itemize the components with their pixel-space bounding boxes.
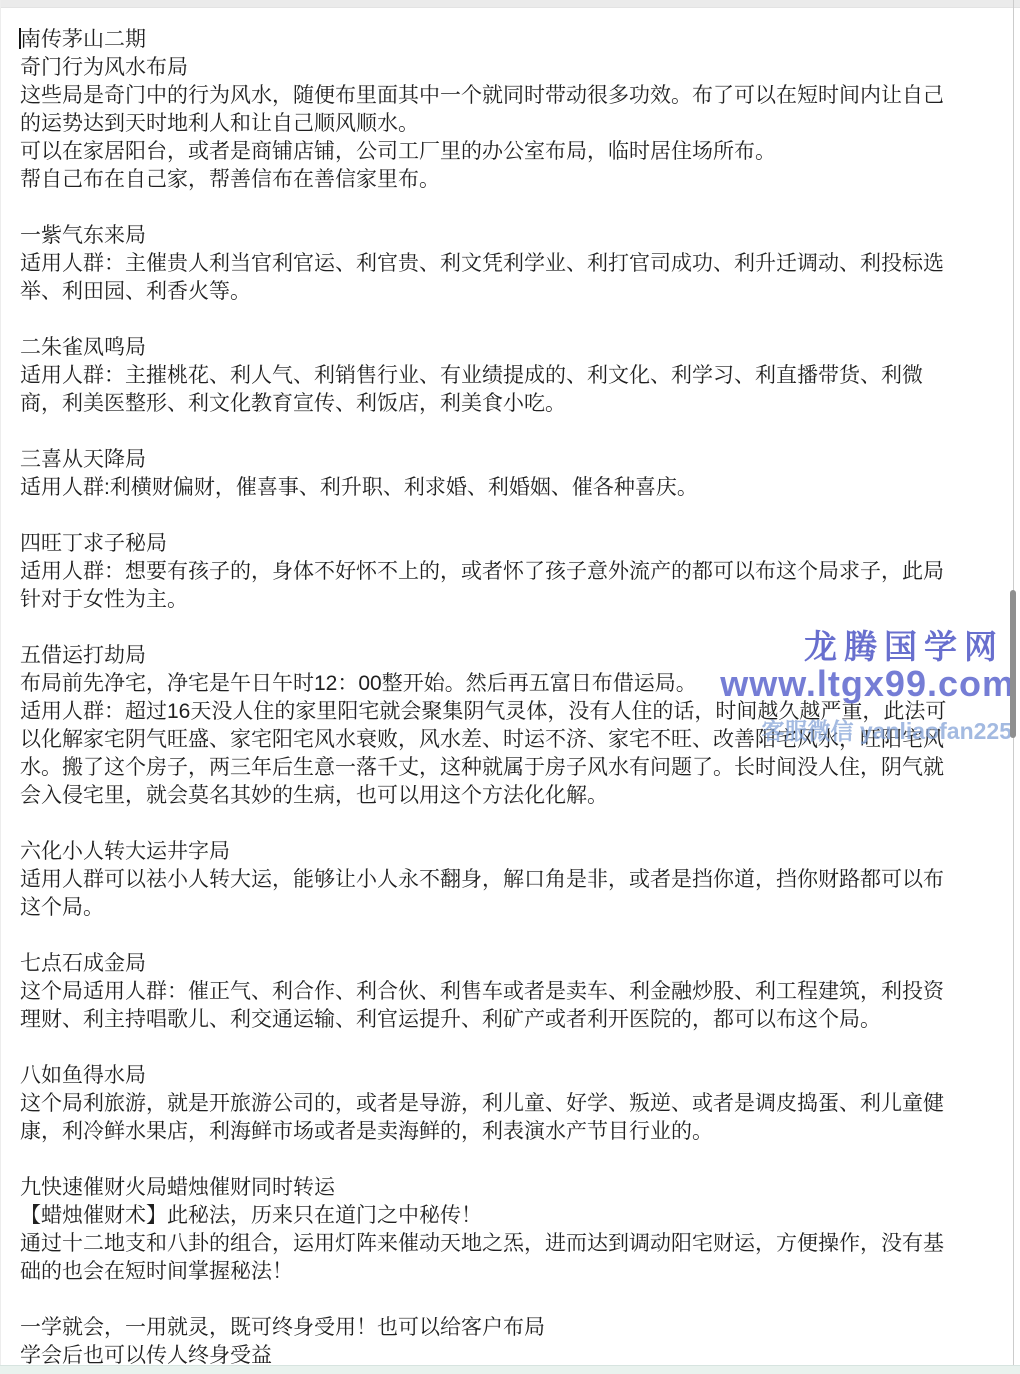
text-line: 适用人群：主催贵人利当官利官运、利官贵、利文凭利学业、利打官司成功、利升迁调动、… [20,250,1012,278]
text-line: 三喜从天降局 [20,446,1012,474]
text-line: 六化小人转大运井字局 [20,838,1012,866]
text-line: 这个局利旅游，就是开旅游公司的，或者是导游，利儿童、好学、叛逆、或者是调皮捣蛋、… [20,1090,1012,1118]
text-line: 适用人群：想要有孩子的，身体不好怀不上的，或者怀了孩子意外流产的都可以布这个局求… [20,558,1012,586]
window-top-strip [0,0,1020,8]
section-section-9: 九快速催财火局蜡烛催财同时转运【蜡烛催财术】此秘法，历来只在道门之中秘传！通过十… [20,1174,1012,1286]
text-line: 适用人群：主摧桃花、利人气、利销售行业、有业绩提成的、利文化、利学习、利直播带货… [20,362,1012,390]
text-line: 【蜡烛催财术】此秘法，历来只在道门之中秘传！ [20,1202,1012,1230]
text-line: 这个局适用人群：催正气、利合作、利合伙、利售车或者是卖车、利金融炒股、利工程建筑… [20,978,1012,1006]
text-line: 水。搬了这个房子，两三年后生意一落千丈，这种就属于房子风水有问题了。长时间没人住… [20,754,1012,782]
document-text-area[interactable]: 南传茅山二期奇门行为风水布局这些局是奇门中的行为风水，随便布里面其中一个就同时带… [20,26,1012,1370]
text-line: 帮自己布在自己家，帮善信布在善信家里布。 [20,166,1012,194]
text-line: 适用人群可以祛小人转大运，能够让小人永不翻身，解口角是非，或者是挡你道，挡你财路… [20,866,1012,894]
text-line: 针对于女性为主。 [20,586,1012,614]
text-line: 理财、利主持唱歌儿、利交通运输、利官运提升、利矿产或者利开医院的，都可以布这个局… [20,1006,1012,1034]
section-intro: 南传茅山二期奇门行为风水布局这些局是奇门中的行为风水，随便布里面其中一个就同时带… [20,26,1012,194]
window-left-border [0,0,1,1374]
text-line: 二朱雀凤鸣局 [20,334,1012,362]
text-line: 通过十二地支和八卦的组合，运用灯阵来催动天地之炁，进而达到调动阳宅财运，方便操作… [20,1230,1012,1258]
text-line: 布局前先净宅，净宅是午日午时12：00整开始。然后再五富日布借运局。 [20,670,1012,698]
section-section-8: 八如鱼得水局这个局利旅游，就是开旅游公司的，或者是导游，利儿童、好学、叛逆、或者… [20,1062,1012,1146]
section-section-5: 五借运打劫局布局前先净宅，净宅是午日午时12：00整开始。然后再五富日布借运局。… [20,642,1012,810]
text-line: 四旺丁求子秘局 [20,530,1012,558]
text-line: 这个局。 [20,894,1012,922]
text-line: 南传茅山二期 [20,26,1012,54]
section-section-6: 六化小人转大运井字局适用人群可以祛小人转大运，能够让小人永不翻身，解口角是非，或… [20,838,1012,922]
section-closing: 一学就会，一用就灵，既可终身受用！也可以给客户布局学会后也可以传人终身受益 [20,1314,1012,1370]
section-section-1: 一紫气东来局适用人群：主催贵人利当官利官运、利官贵、利文凭利学业、利打官司成功、… [20,222,1012,306]
text-line: 商，利美医整形、利文化教育宣传、利饭店，利美食小吃。 [20,390,1012,418]
section-section-2: 二朱雀凤鸣局适用人群：主摧桃花、利人气、利销售行业、有业绩提成的、利文化、利学习… [20,334,1012,418]
text-line: 的运势达到天时地利人和让自己顺风顺水。 [20,110,1012,138]
text-line: 八如鱼得水局 [20,1062,1012,1090]
text-line: 会入侵宅里，就会莫名其妙的生病，也可以用这个方法化化解。 [20,782,1012,810]
text-line: 九快速催财火局蜡烛催财同时转运 [20,1174,1012,1202]
text-line: 一学就会，一用就灵，既可终身受用！也可以给客户布局 [20,1314,1012,1342]
text-line: 础的也会在短时间掌握秘法！ [20,1258,1012,1286]
text-line: 适用人群：超过16天没人住的家里阳宅就会聚集阴气灵体，没有人住的话，时间越久越严… [20,698,1012,726]
text-line: 适用人群:利横财偏财，催喜事、利升职、利求婚、利婚姻、催各种喜庆。 [20,474,1012,502]
section-section-4: 四旺丁求子秘局适用人群：想要有孩子的，身体不好怀不上的，或者怀了孩子意外流产的都… [20,530,1012,614]
section-section-3: 三喜从天降局适用人群:利横财偏财，催喜事、利升职、利求婚、利婚姻、催各种喜庆。 [20,446,1012,502]
text-line: 七点石成金局 [20,950,1012,978]
scrollbar-thumb[interactable] [1010,590,1016,738]
text-line: 可以在家居阳台，或者是商铺店铺，公司工厂里的办公室布局，临时居住场所布。 [20,138,1012,166]
section-section-7: 七点石成金局这个局适用人群：催正气、利合作、利合伙、利售车或者是卖车、利金融炒股… [20,950,1012,1034]
text-line: 康，利冷鲜水果店，利海鲜市场或者是卖海鲜的，利表演水产节目行业的。 [20,1118,1012,1146]
text-line: 以化解家宅阴气旺盛、家宅阳宅风水衰败，风水差、时运不济、家宅不旺、改善阳宅风水，… [20,726,1012,754]
text-line: 举、利田园、利香火等。 [20,278,1012,306]
text-line: 五借运打劫局 [20,642,1012,670]
text-line: 一紫气东来局 [20,222,1012,250]
text-cursor [19,28,21,49]
text-line: 这些局是奇门中的行为风水，随便布里面其中一个就同时带动很多功效。布了可以在短时间… [20,82,1012,110]
window-bottom-strip [0,1365,1020,1374]
text-line: 奇门行为风水布局 [20,54,1012,82]
